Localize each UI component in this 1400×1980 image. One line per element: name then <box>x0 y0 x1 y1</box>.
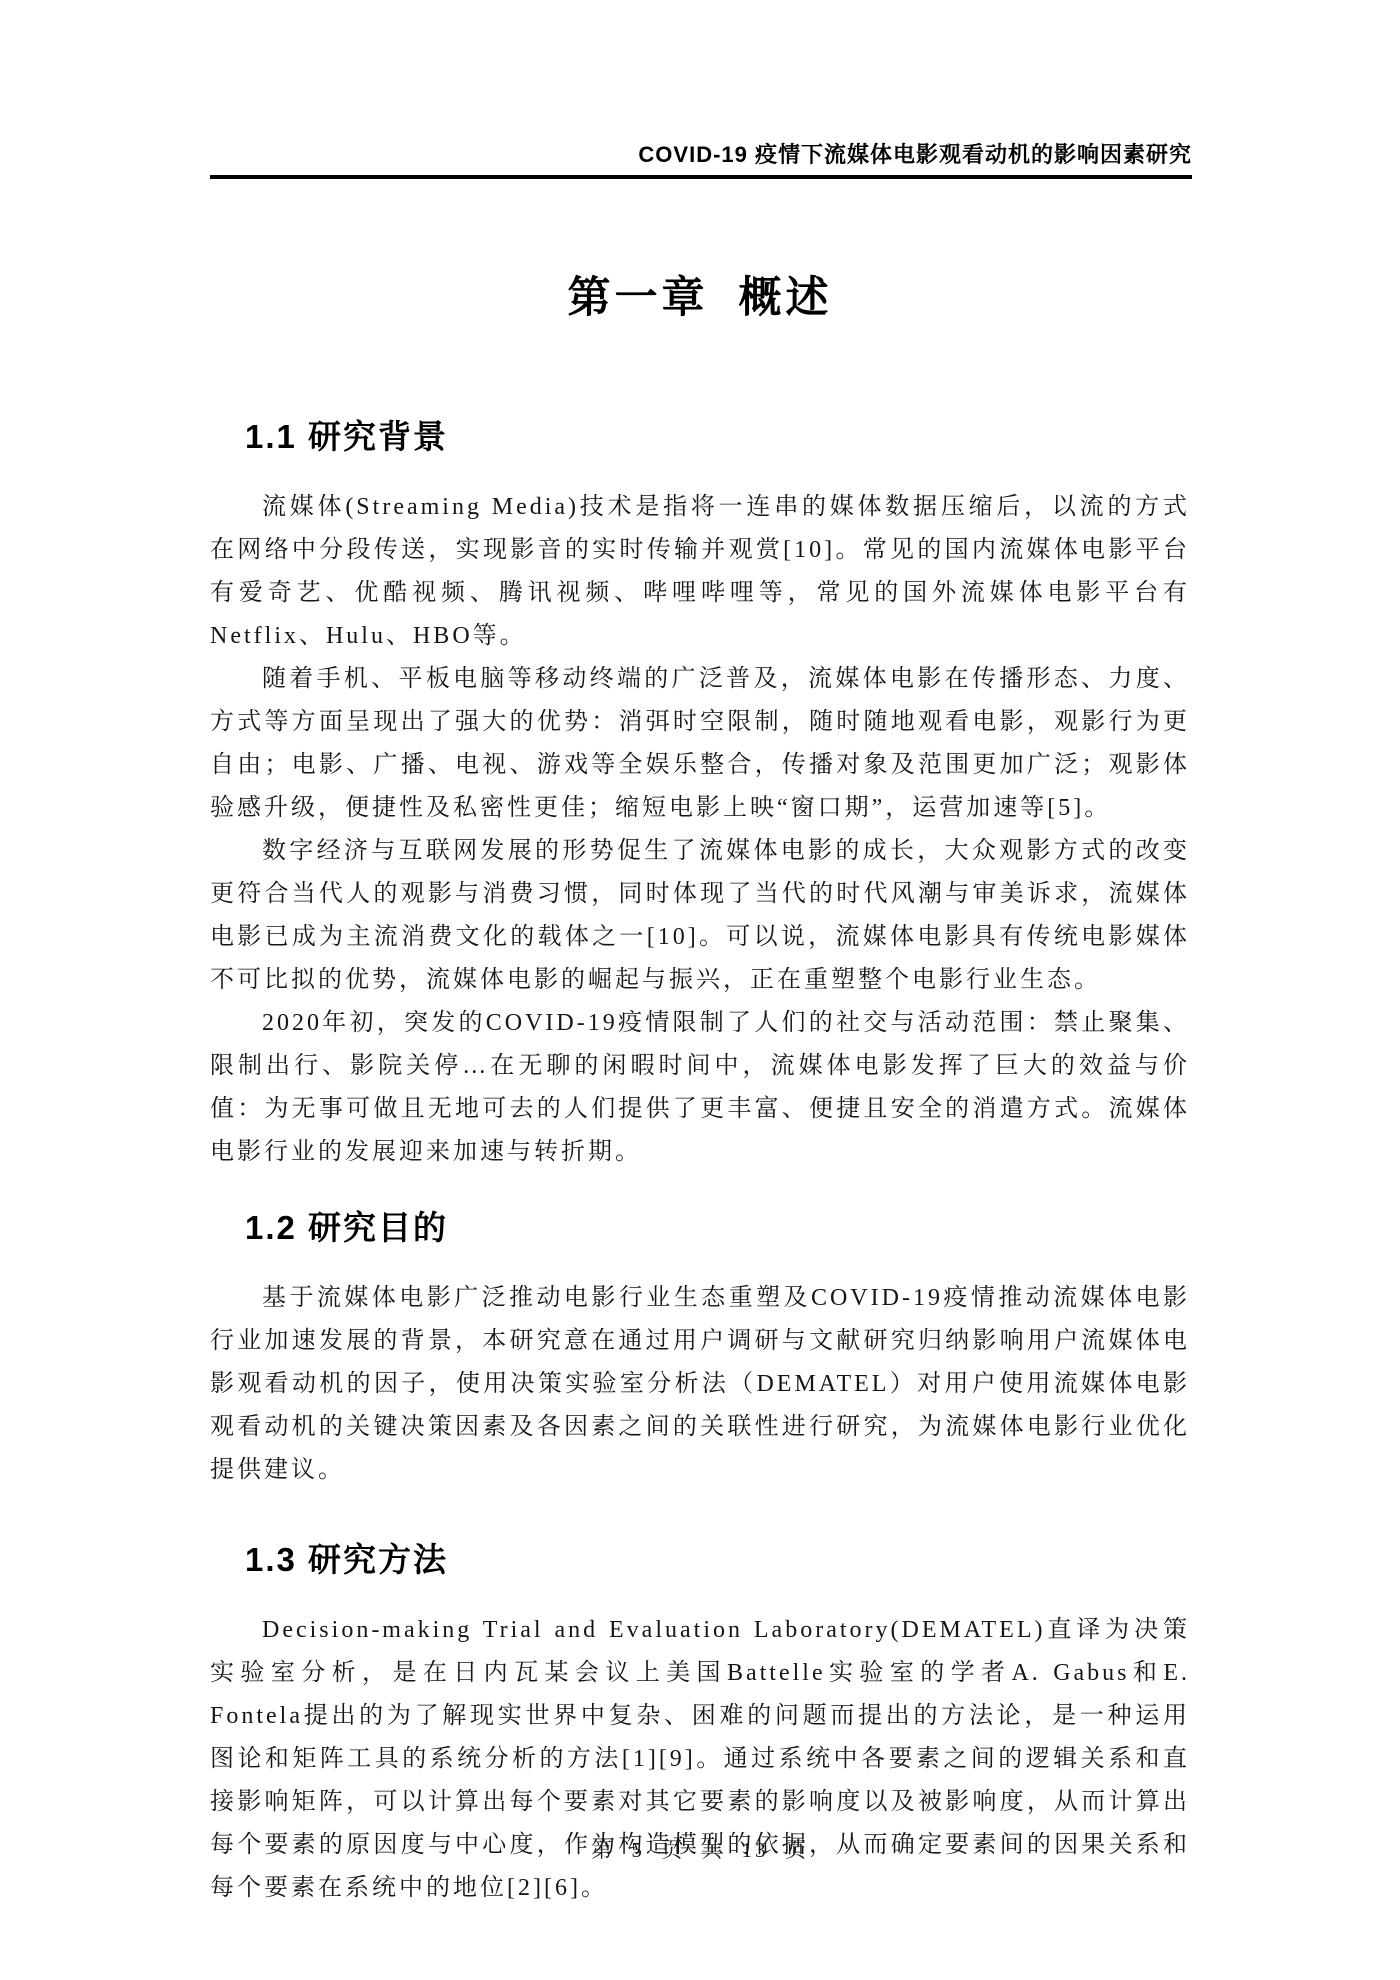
paragraph: 基于流媒体电影广泛推动电影行业生态重塑及COVID-19疫情推动流媒体电影行业加… <box>210 1277 1190 1492</box>
section-heading-1-2: 1.2 研究目的 <box>245 1206 1190 1250</box>
section-research-purpose: 1.2 研究目的 基于流媒体电影广泛推动电影行业生态重塑及COVID-19疫情推… <box>210 1206 1190 1492</box>
page-footer: 第 5 页 共 13 页 <box>0 1834 1400 1864</box>
section-heading-1-3: 1.3 研究方法 <box>245 1538 1190 1582</box>
chapter-title: 第一章 概述 <box>0 264 1400 325</box>
paragraph: Decision-making Trial and Evaluation Lab… <box>210 1609 1190 1910</box>
running-title: COVID-19 疫情下流媒体电影观看动机的影响因素研究 <box>210 142 1192 168</box>
page-content: 1.1 研究背景 流媒体(Streaming Media)技术是指将一连串的媒体… <box>210 415 1190 1910</box>
page-number: 第 5 页 共 13 页 <box>591 1838 809 1862</box>
paragraph: 数字经济与互联网发展的形势促生了流媒体电影的成长，大众观影方式的改变更符合当代人… <box>210 830 1190 1002</box>
paragraph: 随着手机、平板电脑等移动终端的广泛普及，流媒体电影在传播形态、力度、方式等方面呈… <box>210 658 1190 830</box>
paragraph: 2020年初，突发的COVID-19疫情限制了人们的社交与活动范围：禁止聚集、限… <box>210 1002 1190 1174</box>
paragraph: 流媒体(Streaming Media)技术是指将一连串的媒体数据压缩后，以流的… <box>210 486 1190 658</box>
section-research-background: 1.1 研究背景 流媒体(Streaming Media)技术是指将一连串的媒体… <box>210 415 1190 1174</box>
section-heading-1-1: 1.1 研究背景 <box>245 415 1190 459</box>
header-rule <box>210 175 1192 179</box>
document-page: COVID-19 疫情下流媒体电影观看动机的影响因素研究 第一章 概述 1.1 … <box>0 0 1400 1980</box>
page-header: COVID-19 疫情下流媒体电影观看动机的影响因素研究 <box>210 142 1192 179</box>
